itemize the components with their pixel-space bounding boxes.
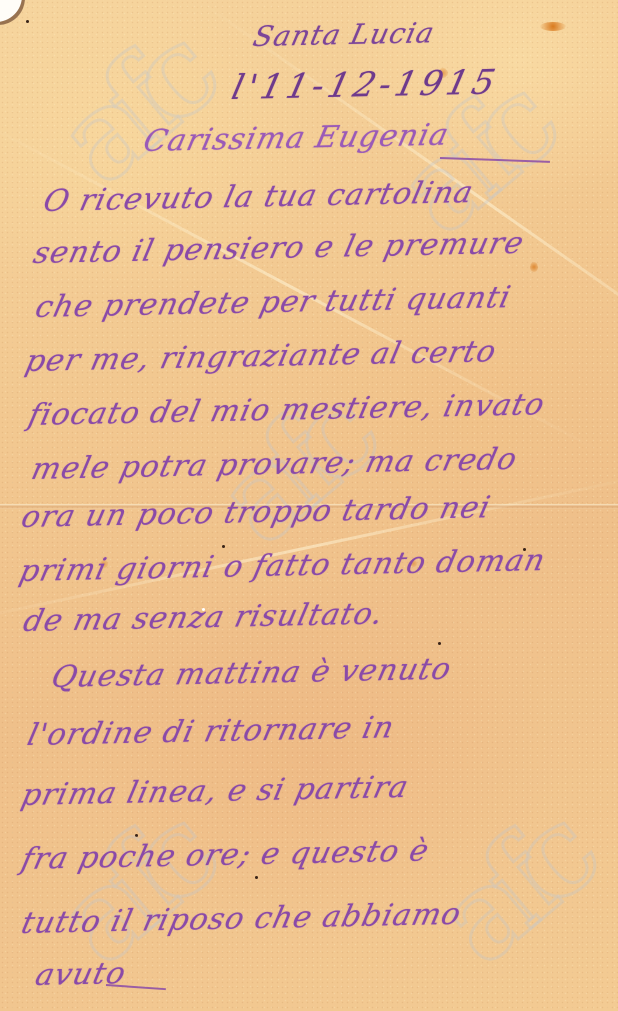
ink-speck <box>438 642 441 645</box>
ink-speck <box>135 834 138 837</box>
body-line: O ricevuto la tua cartolina <box>40 175 477 219</box>
body-line: sento il pensiero e le premure <box>30 226 528 271</box>
body-line: Questa mattina è venuto <box>48 652 455 695</box>
ink-speck <box>255 876 258 879</box>
body-line: che prendete per tutti quanti <box>32 280 515 325</box>
body-line: primi giorni o fatto tanto doman <box>16 543 549 589</box>
body-line: mele potra provare; ma credo <box>28 442 521 487</box>
rust-stain <box>540 22 566 31</box>
letter-place: Santa Lucia <box>250 16 438 53</box>
ink-speck <box>222 545 225 548</box>
body-line: fra poche ore; e questo è <box>18 834 433 877</box>
watermark-stamp: afc <box>411 791 611 991</box>
body-line: de ma senza risultato. <box>20 597 387 639</box>
ink-speck <box>26 20 29 23</box>
body-line: l'ordine di ritornare in <box>24 710 398 753</box>
letter-sheet: afc afc afc afc afc Santa Lucia l'11-12-… <box>0 0 618 1011</box>
letter-date: l'11-12-1915 <box>228 62 503 108</box>
body-line: ora un poco troppo tardo nei <box>18 490 494 535</box>
body-line: fiocato del mio mestiere, invato <box>25 387 548 433</box>
torn-corner <box>0 0 22 22</box>
body-line: per me, ringraziante al certo <box>22 334 500 379</box>
letter-salutation: Carissima Eugenia <box>140 118 453 159</box>
body-line: avuto <box>32 956 130 993</box>
body-line: tutto il riposo che abbiamo <box>18 897 465 941</box>
salutation-flourish <box>440 157 550 163</box>
rust-stain <box>530 262 538 272</box>
body-line: prima linea, e si partira <box>18 770 412 813</box>
